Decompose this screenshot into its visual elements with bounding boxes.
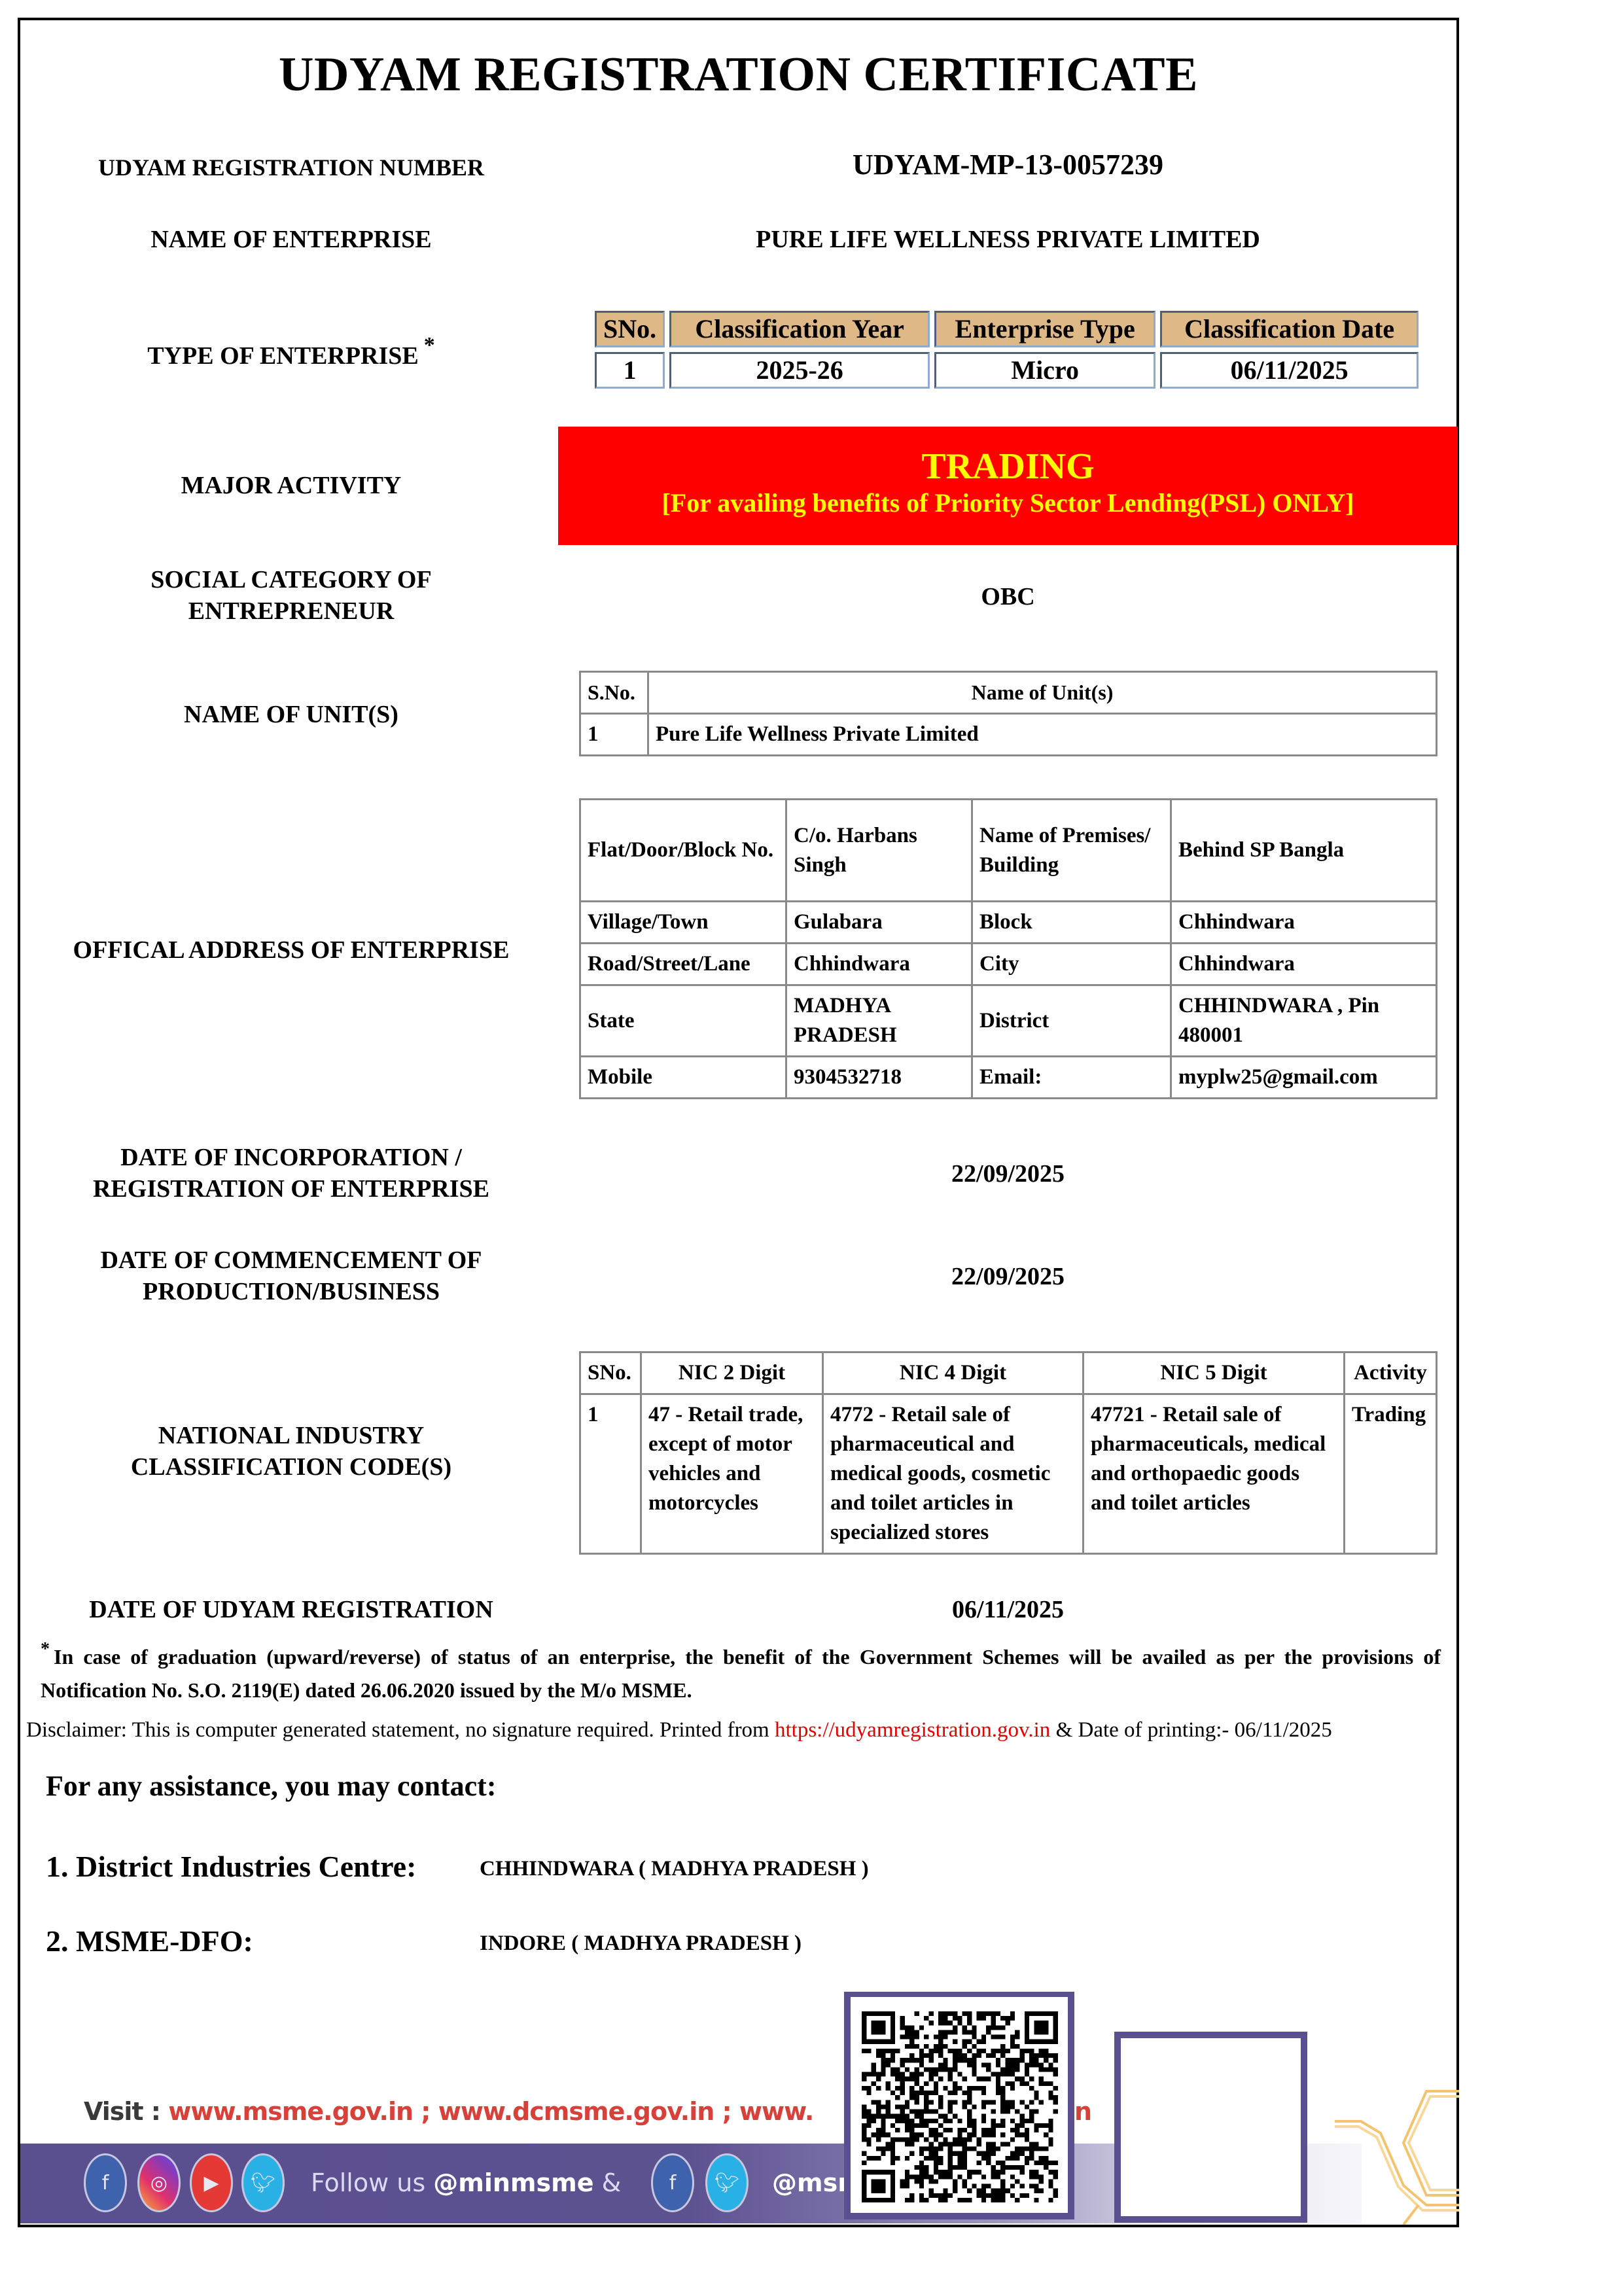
address-value-district: CHHINDWARA , Pin 480001 [1171, 985, 1437, 1057]
table-row: 1 Pure Life Wellness Private Limited [580, 714, 1437, 756]
visit-urls-tail: n [1074, 2097, 1091, 2126]
twitter-icon[interactable]: 🐦︎ [241, 2153, 285, 2212]
unit-name: Pure Life Wellness Private Limited [648, 714, 1437, 756]
footnote-text: In case of graduation (upward/reverse) o… [41, 1645, 1441, 1702]
address-value-state: MADHYA PRADESH [786, 985, 972, 1057]
classification-enterprise-type: Micro [934, 352, 1155, 389]
facebook-icon[interactable]: f [651, 2153, 694, 2212]
instagram-icon[interactable]: ◎ [137, 2153, 181, 2212]
address-value-premises: Behind SP Bangla [1171, 800, 1437, 902]
nic-5digit: 47721 - Retail sale of pharmaceuticals, … [1084, 1394, 1345, 1554]
social-category-label-line1: SOCIAL CATEGORY OF [26, 564, 556, 595]
nic-header-2digit: NIC 2 Digit [641, 1352, 823, 1394]
commencement-date-label-line1: DATE OF COMMENCEMENT OF [26, 1245, 556, 1276]
address-key-block: Block [972, 902, 1171, 944]
enterprise-name-label: NAME OF ENTERPRISE [26, 224, 556, 255]
nic-header-sno: SNo. [580, 1352, 641, 1394]
address-key-email: Email: [972, 1057, 1171, 1099]
enterprise-type-label: TYPE OF ENTERPRISE* [26, 340, 556, 373]
classification-date: 06/11/2025 [1160, 352, 1419, 389]
units-table: S.No. Name of Unit(s) 1 Pure Life Wellne… [579, 671, 1437, 756]
photo-placeholder [1114, 2032, 1307, 2223]
table-row: 1 47 - Retail trade, except of motor veh… [580, 1394, 1437, 1554]
assistance-heading: For any assistance, you may contact: [46, 1769, 496, 1803]
second-handle: @msı [772, 2168, 846, 2197]
footnote: *In case of graduation (upward/reverse) … [41, 1641, 1441, 1706]
nic-4digit: 4772 - Retail sale of pharmaceutical and… [823, 1394, 1084, 1554]
nic-header-5digit: NIC 5 Digit [1084, 1352, 1345, 1394]
address-value-mobile: 9304532718 [786, 1057, 972, 1099]
address-key-road: Road/Street/Lane [580, 944, 786, 985]
address-value-flat: C/o. Harbans Singh [786, 800, 972, 902]
social-category-label-line2: ENTREPRENEUR [26, 595, 556, 627]
facebook-icon[interactable]: f [84, 2153, 127, 2212]
hexagon-decoration [1335, 2074, 1459, 2225]
disclaimer-suffix: & Date of printing:- 06/11/2025 [1050, 1718, 1331, 1742]
dic-contact-label: 1. District Industries Centre: [46, 1849, 416, 1884]
major-activity-box: TRADING [For availing benefits of Priori… [558, 427, 1458, 545]
dic-contact-value: CHHINDWARA ( MADHYA PRADESH ) [480, 1857, 869, 1881]
classification-table: SNo. Classification Year Enterprise Type… [590, 306, 1423, 393]
commencement-date-label-line2: PRODUCTION/BUSINESS [26, 1276, 556, 1307]
enterprise-type-label-text: TYPE OF ENTERPRISE [147, 342, 419, 370]
classification-header-row: SNo. Classification Year Enterprise Type… [595, 311, 1419, 347]
incorporation-date-label-line2: REGISTRATION OF ENTERPRISE [26, 1173, 556, 1205]
nic-header-4digit: NIC 4 Digit [823, 1352, 1084, 1394]
address-table: Flat/Door/Block No. C/o. Harbans Singh N… [579, 798, 1437, 1099]
disclaimer-prefix: Disclaimer: This is computer generated s… [26, 1718, 775, 1742]
incorporation-date-label-line1: DATE OF INCORPORATION / [26, 1142, 556, 1173]
footnote-marker: * [41, 1639, 50, 1659]
msme-dfo-contact-label: 2. MSME-DFO: [46, 1924, 253, 1958]
address-value-road: Chhindwara [786, 944, 972, 985]
address-key-district: District [972, 985, 1171, 1057]
follow-text: Follow us @minmsme & [311, 2168, 621, 2197]
classification-header-year: Classification Year [669, 311, 930, 347]
classification-header-date: Classification Date [1160, 311, 1419, 347]
msme-handle[interactable]: @msı [772, 2168, 846, 2197]
enterprise-name-value: PURE LIFE WELLNESS PRIVATE LIMITED [558, 224, 1458, 255]
nic-activity: Trading [1345, 1394, 1437, 1554]
nic-label: NATIONAL INDUSTRY CLASSIFICATION CODE(S) [26, 1420, 556, 1483]
registration-number-value: UDYAM-MP-13-0057239 [558, 149, 1458, 181]
msme-dfo-contact-value: INDORE ( MADHYA PRADESH ) [480, 1932, 802, 1956]
udyam-registration-date-label: DATE OF UDYAM REGISTRATION [26, 1594, 556, 1625]
address-key-state: State [580, 985, 786, 1057]
units-header-name: Name of Unit(s) [648, 672, 1437, 714]
address-key-flat: Flat/Door/Block No. [580, 800, 786, 902]
youtube-icon[interactable]: ▶ [190, 2153, 233, 2212]
visit-urls-tail-text: n [1074, 2097, 1091, 2126]
address-value-city: Chhindwara [1171, 944, 1437, 985]
classification-sno: 1 [595, 352, 665, 389]
classification-year: 2025-26 [669, 352, 930, 389]
udyam-registration-date-value: 06/11/2025 [558, 1594, 1458, 1625]
major-activity-value: TRADING [558, 427, 1458, 487]
classification-header-sno: SNo. [595, 311, 665, 347]
commencement-date-value: 22/09/2025 [558, 1261, 1458, 1292]
address-key-premises: Name of Premises/ Building [972, 800, 1171, 902]
units-header-sno: S.No. [580, 672, 648, 714]
nic-label-line1: NATIONAL INDUSTRY [26, 1420, 556, 1451]
table-row: Mobile 9304532718 Email: myplw25@gmail.c… [580, 1057, 1437, 1099]
follow-label: Follow us [311, 2168, 433, 2197]
registration-number-label: UDYAM REGISTRATION NUMBER [26, 152, 556, 183]
nic-header-activity: Activity [1345, 1352, 1437, 1394]
classification-header-type: Enterprise Type [934, 311, 1155, 347]
units-header-row: S.No. Name of Unit(s) [580, 672, 1437, 714]
table-row: State MADHYA PRADESH District CHHINDWARA… [580, 985, 1437, 1057]
disclaimer: Disclaimer: This is computer generated s… [26, 1716, 1459, 1744]
incorporation-date-label: DATE OF INCORPORATION / REGISTRATION OF … [26, 1142, 556, 1205]
nic-sno: 1 [580, 1394, 641, 1554]
unit-sno: 1 [580, 714, 648, 756]
visit-links: Visit : www.msme.gov.in ; www.dcmsme.gov… [84, 2097, 813, 2126]
address-value-email: myplw25@gmail.com [1171, 1057, 1437, 1099]
minmsme-handle[interactable]: @minmsme [433, 2168, 593, 2197]
address-key-village: Village/Town [580, 902, 786, 944]
follow-amp: & [594, 2168, 622, 2197]
visit-urls[interactable]: www.msme.gov.in ; www.dcmsme.gov.in ; ww… [168, 2097, 813, 2126]
twitter-icon[interactable]: 🐦︎ [705, 2153, 749, 2212]
qr-code [862, 2011, 1058, 2202]
certificate-title: UDYAM REGISTRATION CERTIFICATE [18, 47, 1459, 103]
nic-table: SNo. NIC 2 Digit NIC 4 Digit NIC 5 Digit… [579, 1351, 1437, 1555]
udyam-registration-link[interactable]: https://udyamregistration.gov.in [775, 1718, 1050, 1742]
address-label: OFFICAL ADDRESS OF ENTERPRISE [26, 934, 556, 966]
address-key-mobile: Mobile [580, 1057, 786, 1099]
address-key-city: City [972, 944, 1171, 985]
units-label: NAME OF UNIT(S) [26, 699, 556, 730]
table-row: 1 2025-26 Micro 06/11/2025 [595, 352, 1419, 389]
table-row: Flat/Door/Block No. C/o. Harbans Singh N… [580, 800, 1437, 902]
social-category-value: OBC [558, 581, 1458, 612]
table-row: Village/Town Gulabara Block Chhindwara [580, 902, 1437, 944]
commencement-date-label: DATE OF COMMENCEMENT OF PRODUCTION/BUSIN… [26, 1245, 556, 1307]
visit-label: Visit : [84, 2097, 168, 2126]
major-activity-note: [For availing benefits of Priority Secto… [558, 487, 1458, 520]
address-value-block: Chhindwara [1171, 902, 1437, 944]
table-row: Road/Street/Lane Chhindwara City Chhindw… [580, 944, 1437, 985]
nic-header-row: SNo. NIC 2 Digit NIC 4 Digit NIC 5 Digit… [580, 1352, 1437, 1394]
address-value-village: Gulabara [786, 902, 972, 944]
asterisk-marker: * [424, 333, 435, 357]
incorporation-date-value: 22/09/2025 [558, 1158, 1458, 1190]
major-activity-label: MAJOR ACTIVITY [26, 470, 556, 501]
nic-2digit: 47 - Retail trade, except of motor vehic… [641, 1394, 823, 1554]
nic-label-line2: CLASSIFICATION CODE(S) [26, 1451, 556, 1483]
social-category-label: SOCIAL CATEGORY OF ENTREPRENEUR [26, 564, 556, 627]
